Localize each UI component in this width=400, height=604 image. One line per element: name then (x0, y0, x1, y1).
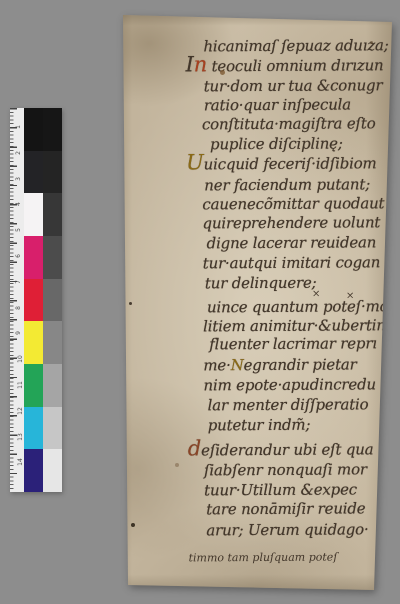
catchword-line: timmo tam pluſquam poteſ (189, 549, 338, 567)
text-line: Uuicquid feceriſ·idſibiom (186, 153, 377, 173)
gray-step-patch (43, 108, 62, 151)
text-line: nim epote·apudincredu (203, 376, 376, 394)
text-line: uince quantum poteſ·mol (207, 298, 393, 316)
ruler-number: 13 (18, 433, 24, 441)
grayscale-step-column (43, 108, 62, 492)
text-line: ſiabſenr nonquaſi mor (204, 461, 367, 479)
text-line: quireprehendere uolunt (202, 214, 380, 232)
text-segment: arur; Uerum quidago· (206, 520, 368, 539)
text-segment: fluenter lacrimar reprı (209, 334, 377, 353)
text-segment: quireprehendere uolunt (202, 213, 380, 232)
gray-step-patch (43, 321, 62, 364)
color-patch (24, 193, 43, 236)
color-patch (24, 108, 43, 151)
color-patch (24, 364, 43, 407)
parchment-leaf: hicanimaſ ſepuaz aduıza;In teoculi omniu… (115, 8, 400, 598)
text-line: digne lacerar reuidean (207, 234, 377, 252)
parchment-stain (175, 463, 179, 467)
color-patch-column (24, 108, 43, 492)
text-segment: digne lacerar reuidean (207, 233, 377, 252)
text-line: In teoculi omnium dırızun (185, 55, 383, 75)
text-line: fluenter lacrimar reprı (209, 335, 377, 353)
color-patch (24, 151, 43, 194)
text-line: lar menter diſſperatio (208, 396, 369, 414)
decorated-initial: U (186, 150, 204, 174)
ruler-number: 5 (16, 228, 22, 232)
text-line: tare nonāmiſir reuide (206, 500, 365, 518)
color-patch (24, 279, 43, 322)
text-segment: hicanimaſ ſepuaz aduıza; (203, 36, 388, 55)
text-segment: uince quantum poteſ·mol (207, 297, 393, 316)
text-segment: puplice diſciplinę; (210, 134, 343, 153)
decorated-initial: n (194, 52, 207, 76)
text-segment: nim epote·apudincredu (203, 375, 376, 394)
text-line: tuur·Utillum &expec (204, 481, 357, 499)
photo-stage: 1234567891011121314 hicanimaſ ſepuaz adu… (0, 0, 400, 604)
color-patch (24, 407, 43, 450)
text-segment: uicquid feceriſ·idſibiom (204, 154, 377, 173)
ruler-number: 8 (16, 306, 22, 310)
text-segment: ratio·quar inſpecula (204, 95, 351, 114)
parchment-stain (220, 70, 225, 75)
ruler-number: 11 (18, 381, 24, 389)
text-block: hicanimaſ ſepuaz aduıza;In teoculi omniu… (113, 7, 400, 599)
text-line: hicanimaſ ſepuaz aduıza; (203, 37, 388, 55)
ruler-number: 9 (16, 331, 22, 335)
ruler-number: 1 (16, 125, 22, 129)
text-line: me·Negrandir pietar (203, 356, 356, 374)
parchment-stain (370, 41, 373, 44)
calibration-target: 1234567891011121314 (10, 108, 62, 492)
text-line: puplice diſciplinę; (210, 135, 343, 153)
text-segment: I (185, 52, 193, 76)
text-line: putetur indm̃; (208, 417, 311, 435)
gray-step-patch (43, 364, 62, 407)
text-segment: litiem animitur·&ubertim (203, 316, 390, 335)
text-line: conſtituta·magiſtra eſto (202, 115, 376, 133)
text-segment: conſtituta·magiſtra eſto (202, 114, 376, 133)
ruler-number: 6 (16, 254, 22, 258)
margin-cross-mark: × (312, 289, 320, 300)
gray-step-patch (43, 407, 62, 450)
text-segment: ner faciendum putant; (204, 175, 370, 194)
text-line: ratio·quar inſpecula (204, 96, 351, 114)
parchment-stain (131, 523, 135, 527)
ruler-number: 4 (16, 202, 22, 206)
text-segment: egrandir pietar (244, 355, 357, 374)
text-segment: tur·dom ur tua &conugr (204, 76, 383, 95)
text-segment: tur delinquere; (205, 274, 317, 293)
manuscript-page: hicanimaſ ſepuaz aduıza;In teoculi omniu… (115, 8, 400, 598)
text-segment: lar menter diſſperatio (208, 395, 369, 414)
text-line: tur·autqui imitari cogan (203, 254, 381, 272)
text-line: arur; Uerum quidago· (206, 521, 368, 539)
text-line: deſiderandur ubi eſt qua (188, 439, 374, 459)
text-segment: tare nonāmiſir reuide (206, 499, 365, 518)
ruler: 1234567891011121314 (10, 108, 24, 492)
ruler-number: 2 (16, 151, 22, 155)
color-patch (24, 449, 43, 492)
text-segment: putetur indm̃; (208, 416, 311, 435)
gray-step-patch (43, 236, 62, 279)
ruler-number: 10 (18, 355, 24, 363)
text-segment: tur·autqui imitari cogan (203, 253, 381, 272)
margin-cross-mark: × (346, 290, 354, 301)
parchment-stain (129, 302, 132, 305)
decorated-initial: d (188, 436, 201, 460)
ruler-number: 12 (18, 407, 24, 415)
text-line: cauenecõmittar quodaut (202, 195, 384, 213)
gray-step-patch (43, 279, 62, 322)
text-line: litiem animitur·&ubertim (203, 317, 390, 335)
text-segment: teoculi omnium dırızun (207, 56, 384, 75)
ruler-number: 3 (16, 177, 22, 181)
color-patch (24, 321, 43, 364)
text-segment: me· (203, 356, 230, 374)
text-line: ner faciendum putant; (204, 176, 370, 194)
text-segment: timmo tam pluſquam poteſ (189, 551, 338, 565)
text-line: tur·dom ur tua &conugr (204, 77, 383, 95)
gray-step-patch (43, 193, 62, 236)
gray-step-patch (43, 151, 62, 194)
ruler-number: 7 (16, 280, 22, 284)
text-segment: ſiabſenr nonquaſi mor (204, 460, 367, 479)
text-segment: cauenecõmittar quodaut (202, 194, 384, 213)
decorated-initial: N (231, 356, 244, 374)
text-segment: tuur·Utillum &expec (204, 480, 357, 499)
gray-step-patch (43, 449, 62, 492)
text-line: tur delinquere; (205, 275, 317, 293)
text-segment: eſiderandur ubi eſt qua (201, 440, 373, 459)
ruler-number: 14 (18, 459, 24, 467)
color-patch (24, 236, 43, 279)
